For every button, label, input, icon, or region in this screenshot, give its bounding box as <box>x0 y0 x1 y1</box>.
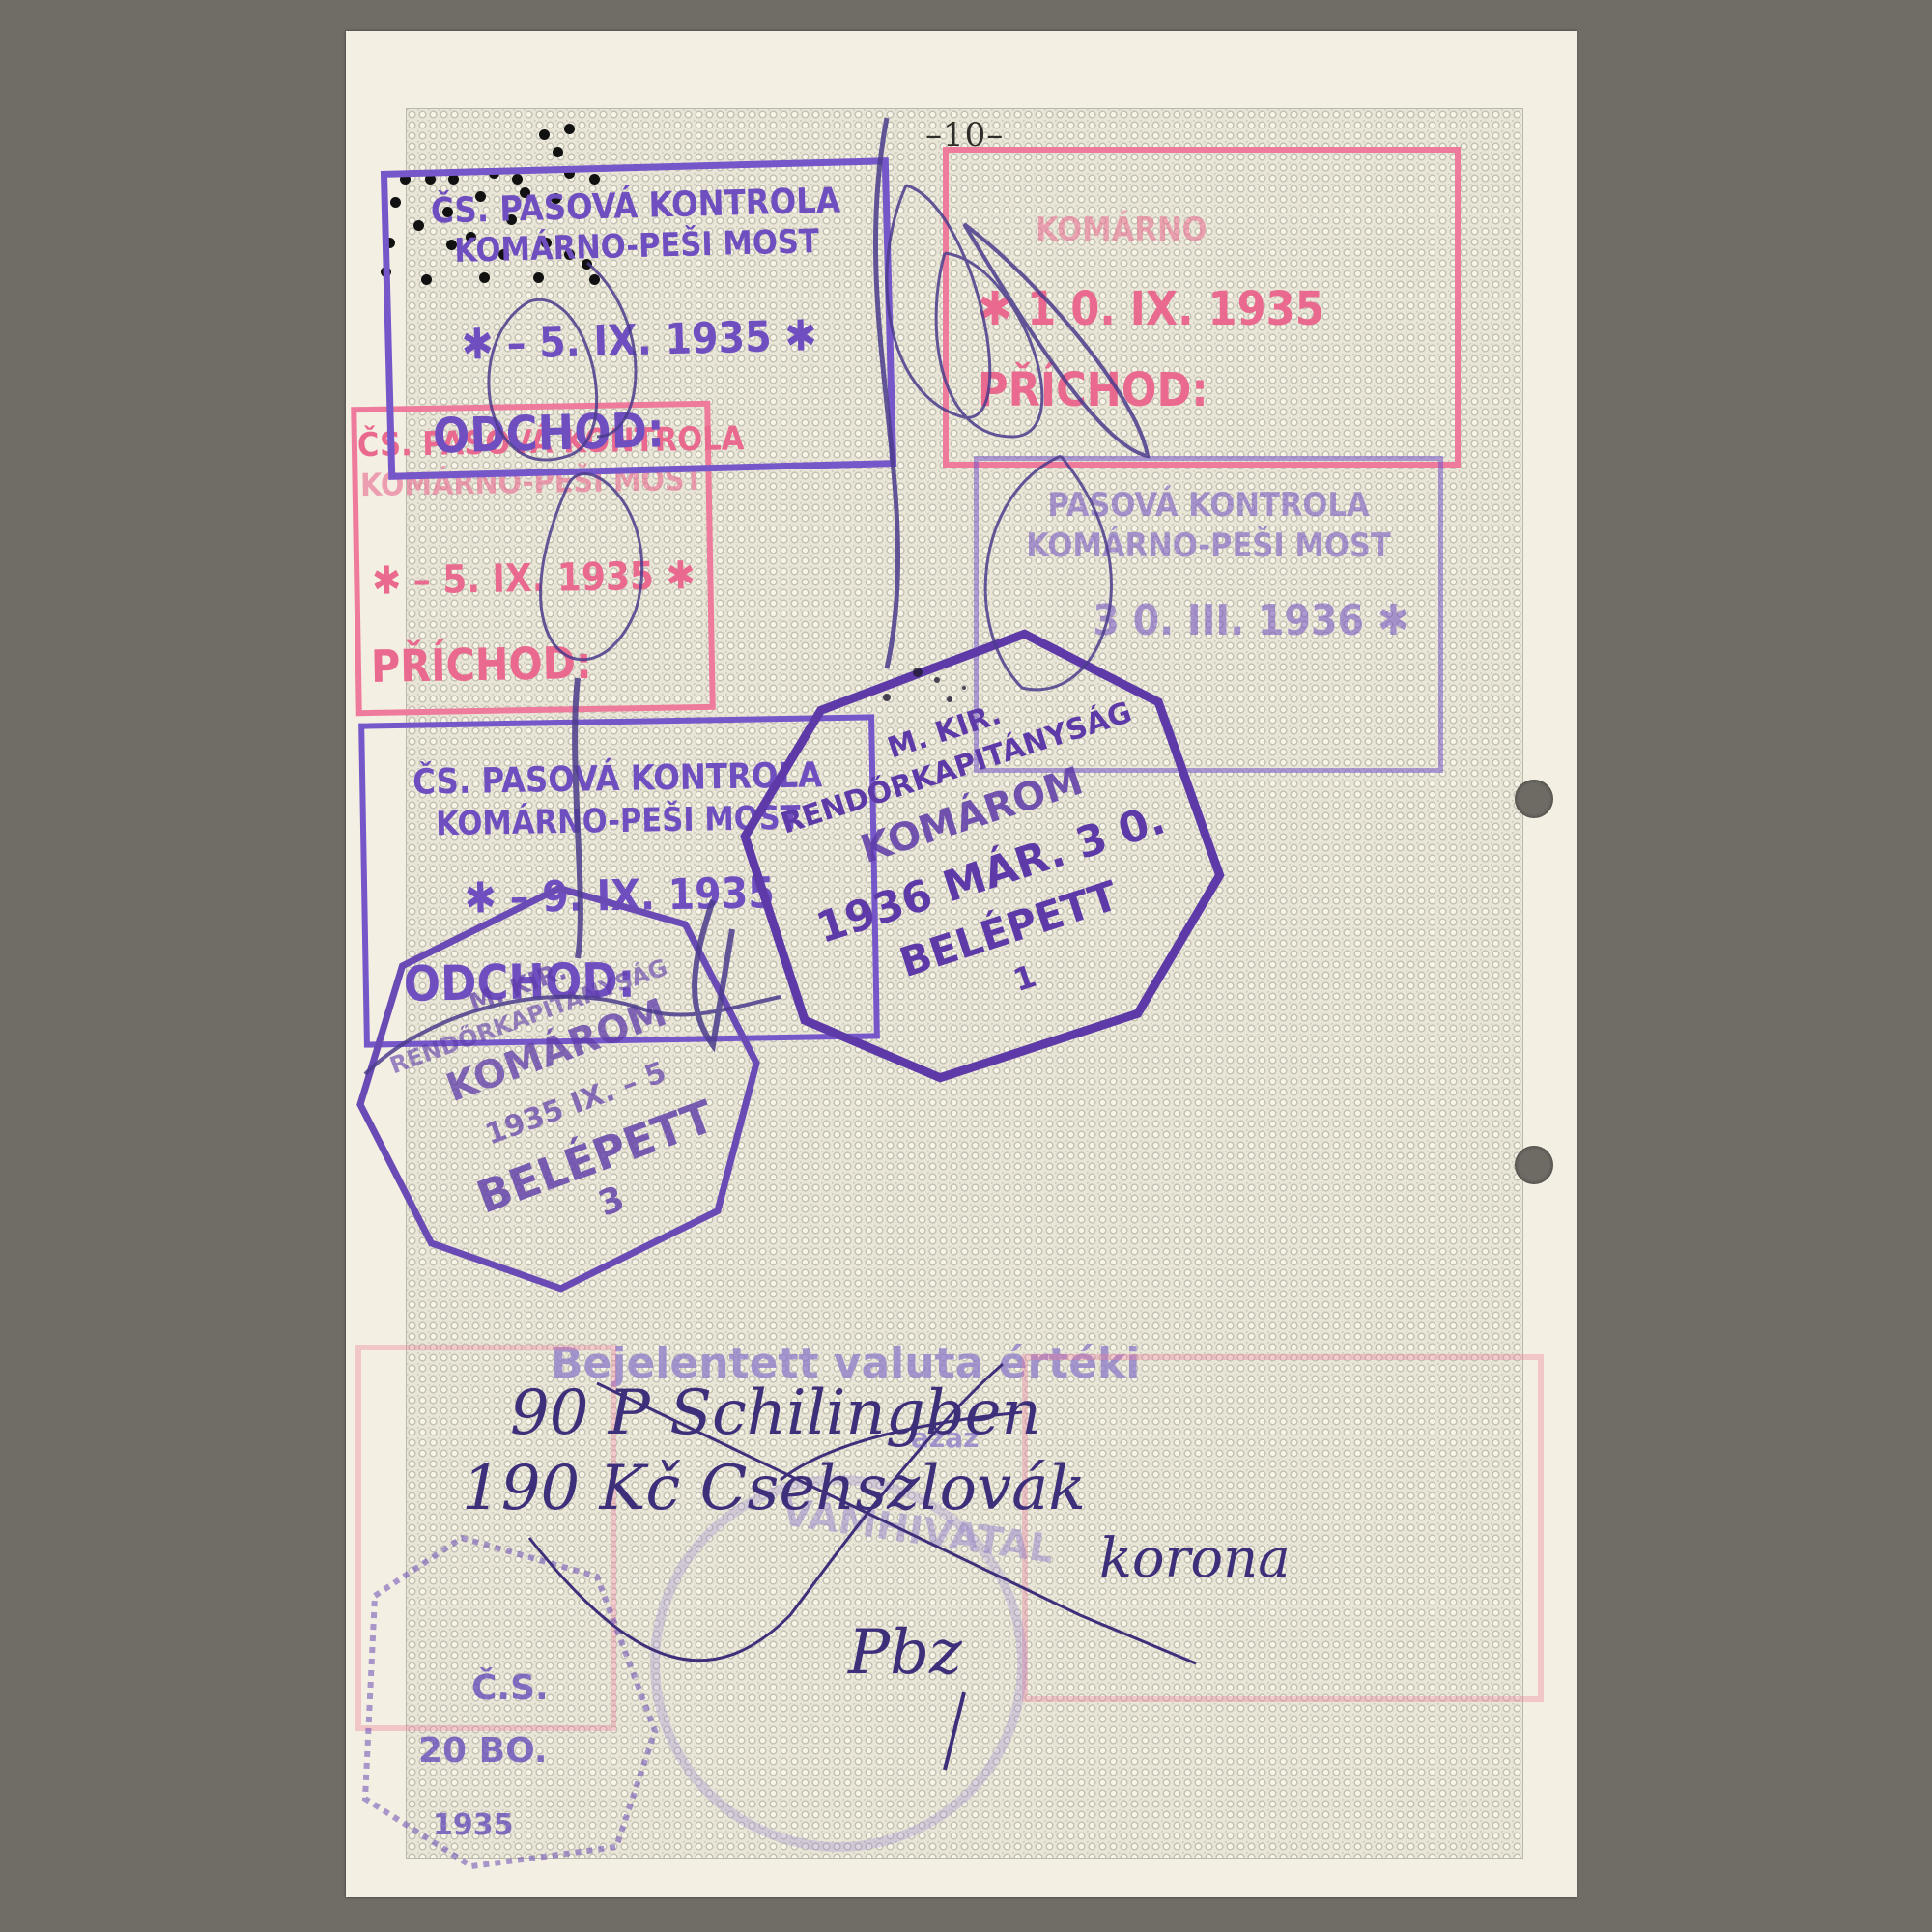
stamp-line: ✱ 1 0. IX. 1935 <box>949 282 1455 336</box>
binding-hole-bottom <box>1515 1146 1553 1184</box>
stamp-line: ✱ – 9. IX. 1935 <box>367 867 872 924</box>
stamp-line: ODCHOD: <box>368 948 873 1012</box>
stamp-line: 3 0. III. 1936 ✱ <box>979 596 1438 645</box>
stamp-line: ✱ – 5. IX. 1935 ✱ <box>359 554 708 604</box>
stamp-line: ČS. PASOVÁ KONTROLA <box>365 754 870 803</box>
stamp-line: KOMÁRNO-PEŠI MOST <box>366 797 871 844</box>
azaz-label: azaz <box>911 1422 979 1454</box>
faded-stamp-line: 20 BO. <box>418 1731 548 1771</box>
stamp-line: PASOVÁ KONTROLA <box>979 486 1438 525</box>
stamp-cz-arrival-2: KOMÁRNO ✱ 1 0. IX. 1935 PŘÍCHOD: <box>943 147 1461 468</box>
passport-page: –10– ČS. PASOVÁ KONTROLA KOMÁRNO-PEŠI MO… <box>346 31 1577 1897</box>
stamp-line: ✱ – 5. IX. 1935 ✱ <box>391 309 887 371</box>
perforation-dot <box>553 147 563 157</box>
stamp-line: PŘÍCHOD: <box>360 635 709 693</box>
faded-stamp-line: Č.S. <box>471 1668 549 1708</box>
stamp-cz-exit-2: ČS. PASOVÁ KONTROLA KOMÁRNO-PEŠI MOST ✱ … <box>358 714 880 1047</box>
stamp-line: PŘÍCHOD: <box>949 363 1455 417</box>
perforation-dot <box>564 124 575 134</box>
stamp-line: KOMÁRNO-PEŠI MOST <box>979 526 1438 565</box>
stamp-line: ODCHOD: <box>393 396 889 465</box>
stamp-cz-exit-3: PASOVÁ KONTROLA KOMÁRNO-PEŠI MOST 3 0. I… <box>974 456 1443 773</box>
stamp-line: KOMÁRNO <box>949 211 1455 249</box>
faded-stamp-line: 1935 <box>433 1808 514 1842</box>
binding-hole-top <box>1515 780 1553 818</box>
perforation-dot <box>539 129 550 140</box>
stamp-cz-exit-1: ČS. PASOVÁ KONTROLA KOMÁRNO-PEŠI MOST ✱ … <box>381 157 896 480</box>
faded-pink-box-right <box>1022 1354 1544 1702</box>
